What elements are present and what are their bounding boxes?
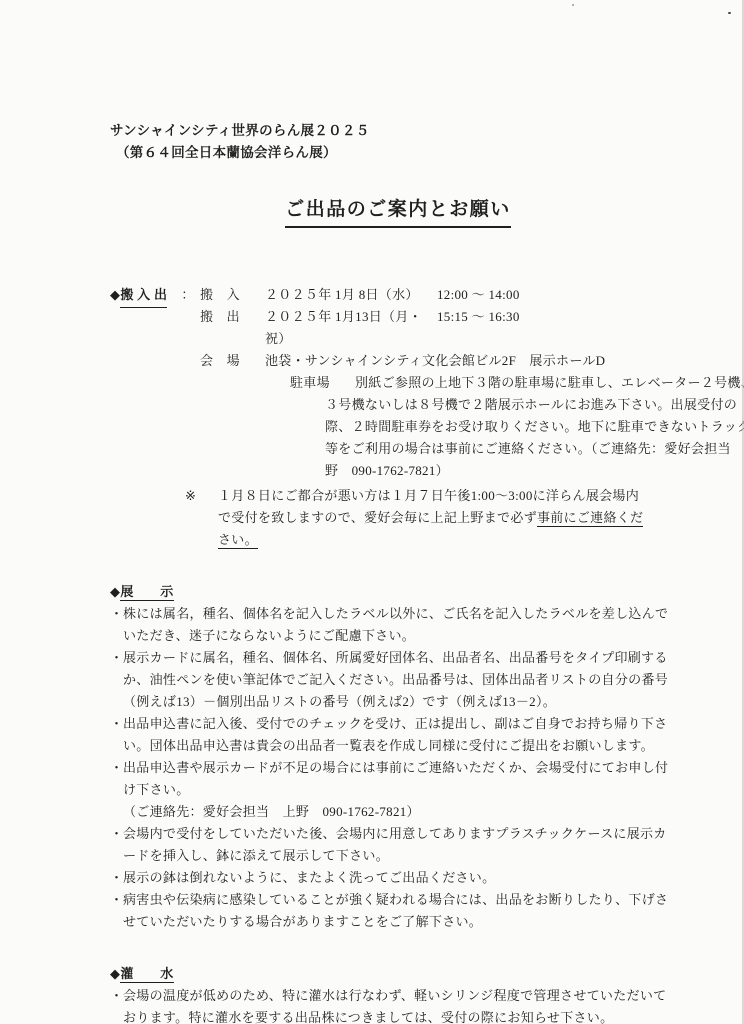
watering-bullet: ・ 会場の温度が低めのため、特に灌水は行なわず、軽いシリンジ程度で管理させていた… (110, 985, 674, 1024)
carry-heading-label: 搬 入 出 (120, 284, 167, 308)
exhibit-heading: ◆展 示 (110, 581, 674, 603)
row-time: 15:15 ～ 16:30 (437, 306, 520, 350)
event-title: サンシャインシティ世界のらん展２０２５ (110, 120, 674, 142)
exhibit-contact-note: （ご連絡先：愛好会担当 上野 090-1762-7821） (123, 801, 674, 823)
carry-rows: 搬 入 ２０２５年 1月 8日（水） 12:00 ～ 14:00 搬 出 ２０２… (200, 284, 674, 482)
exhibit-bullet: ・ 出品申込書や展示カードが不足の場合には事前にご連絡いただくか、会場受付にてお… (110, 757, 674, 801)
bullet-text: 出品申込書や展示カードが不足の場合には事前にご連絡いただくか、会場受付にてお申し… (123, 757, 674, 801)
scan-speck-artifact (728, 12, 731, 14)
exhibit-bullet: ・ 展示の鉢は倒れないように、またよく洗ってご出品ください。 (110, 867, 674, 889)
bullet-text: 展示の鉢は倒れないように、またよく洗ってご出品ください。 (123, 867, 674, 889)
carry-heading-colon: ： (181, 284, 194, 308)
exhibit-heading-label: 展 示 (120, 584, 173, 601)
exhibit-bullet: ・ 病害虫や伝染病に感染していることが強く疑われる場合には、出品をお断りしたり、… (110, 889, 674, 933)
bullet-text: 会場の温度が低めのため、特に灌水は行なわず、軽いシリンジ程度で管理させていただい… (123, 985, 674, 1024)
watering-heading: ◆灌 水 (110, 963, 674, 985)
bullet-text: 病害虫や伝染病に感染していることが強く疑われる場合には、出品をお断りしたり、下げ… (123, 889, 674, 933)
row-label: 搬 出 (200, 306, 265, 350)
title-wrap: ご出品のご案内とお願い (122, 197, 674, 228)
row-label: 駐車場 (290, 372, 330, 394)
bullet-marker: ・ (110, 867, 123, 889)
diamond-bullet-icon: ◆ (110, 284, 120, 308)
note-text: １月８日にご都合が悪い方は１月７日午後1:00～3:00に洋らん展会場内で受付を… (218, 485, 645, 551)
carry-note: ※ １月８日にご都合が悪い方は１月７日午後1:00～3:00に洋らん展会場内で受… (185, 485, 645, 551)
bullet-marker: ・ (110, 713, 123, 757)
bullet-marker: ・ (110, 985, 123, 1024)
section-watering: ◆灌 水 ・ 会場の温度が低めのため、特に灌水は行なわず、軽いシリンジ程度で管理… (110, 963, 674, 1024)
bullet-text: 会場内で受付をしていただいた後、会場内に用意してありますプラスチックケースに展示… (123, 823, 674, 867)
diamond-bullet-icon: ◆ (110, 966, 120, 981)
bullet-marker: ・ (110, 889, 123, 933)
bullet-text: 株には属名，種名、個体名を記入したラベル以外に、ご氏名を記入したラベルを差し込ん… (123, 603, 674, 647)
diamond-bullet-icon: ◆ (110, 584, 120, 599)
row-venue-text: 池袋・サンシャインシティ文化会館ビル2F 展示ホールD (265, 350, 674, 372)
section-exhibit: ◆展 示 ・ 株には属名，種名、個体名を記入したラベル以外に、ご氏名を記入したラ… (110, 581, 674, 933)
bullet-text: 展示カードに属名，種名、個体名、所属愛好団体名、出品者名、出品番号をタイプ印刷す… (123, 647, 674, 713)
row-date: ２０２５年 1月 8日（水） (265, 284, 437, 306)
exhibit-bullet: ・ 株には属名，種名、個体名を記入したラベル以外に、ご氏名を記入したラベルを差し… (110, 603, 674, 647)
row-time: 12:00 ～ 14:00 (437, 284, 520, 306)
exhibit-bullet: ・ 会場内で受付をしていただいた後、会場内に用意してありますプラスチックケースに… (110, 823, 674, 867)
scan-speck-artifact (572, 4, 574, 6)
exhibit-bullet: ・ 出品申込書に記入後、受付でのチェックを受け、正は提出し、副はご自身でお持ち帰… (110, 713, 674, 757)
bullet-text: 出品申込書に記入後、受付でのチェックを受け、正は提出し、副はご自身でお持ち帰り下… (123, 713, 674, 757)
section-carry-in-out: ◆搬 入 出： 搬 入 ２０２５年 1月 8日（水） 12:00 ～ 14:00… (110, 284, 674, 551)
bullet-marker: ・ (110, 823, 123, 867)
carry-heading: ◆搬 入 出： (110, 284, 195, 308)
bullet-marker: ・ (110, 757, 123, 801)
carry-row-parking: 駐車場 別紙ご参照の上地下３階の駐車場に駐車し、エレベーター２号機、３号機ないし… (325, 372, 744, 482)
scanned-document-page: サンシャインシティ世界のらん展２０２５ （第６４回全日本蘭協会洋らん展） ご出品… (0, 0, 744, 1024)
bullet-marker: ・ (110, 647, 123, 713)
watering-heading-label: 灌 水 (120, 966, 173, 983)
row-date: ２０２５年 1月13日（月・祝） (265, 306, 437, 350)
parking-text: 別紙ご参照の上地下３階の駐車場に駐車し、エレベーター２号機、３号機ないしは８号機… (325, 375, 744, 478)
bullet-marker: ・ (110, 603, 123, 647)
carry-row-in: 搬 入 ２０２５年 1月 8日（水） 12:00 ～ 14:00 (200, 284, 674, 306)
reference-mark-icon: ※ (185, 485, 218, 551)
row-label: 搬 入 (200, 284, 265, 306)
page-title: ご出品のご案内とお願い (285, 197, 511, 228)
event-subtitle: （第６４回全日本蘭協会洋らん展） (116, 142, 674, 164)
exhibit-bullet: ・ 展示カードに属名，種名、個体名、所属愛好団体名、出品者名、出品番号をタイプ印… (110, 647, 674, 713)
carry-row-venue: 会 場 池袋・サンシャインシティ文化会館ビル2F 展示ホールD (200, 350, 674, 372)
carry-row-out: 搬 出 ２０２５年 1月13日（月・祝） 15:15 ～ 16:30 (200, 306, 674, 350)
row-label: 会 場 (200, 350, 265, 372)
